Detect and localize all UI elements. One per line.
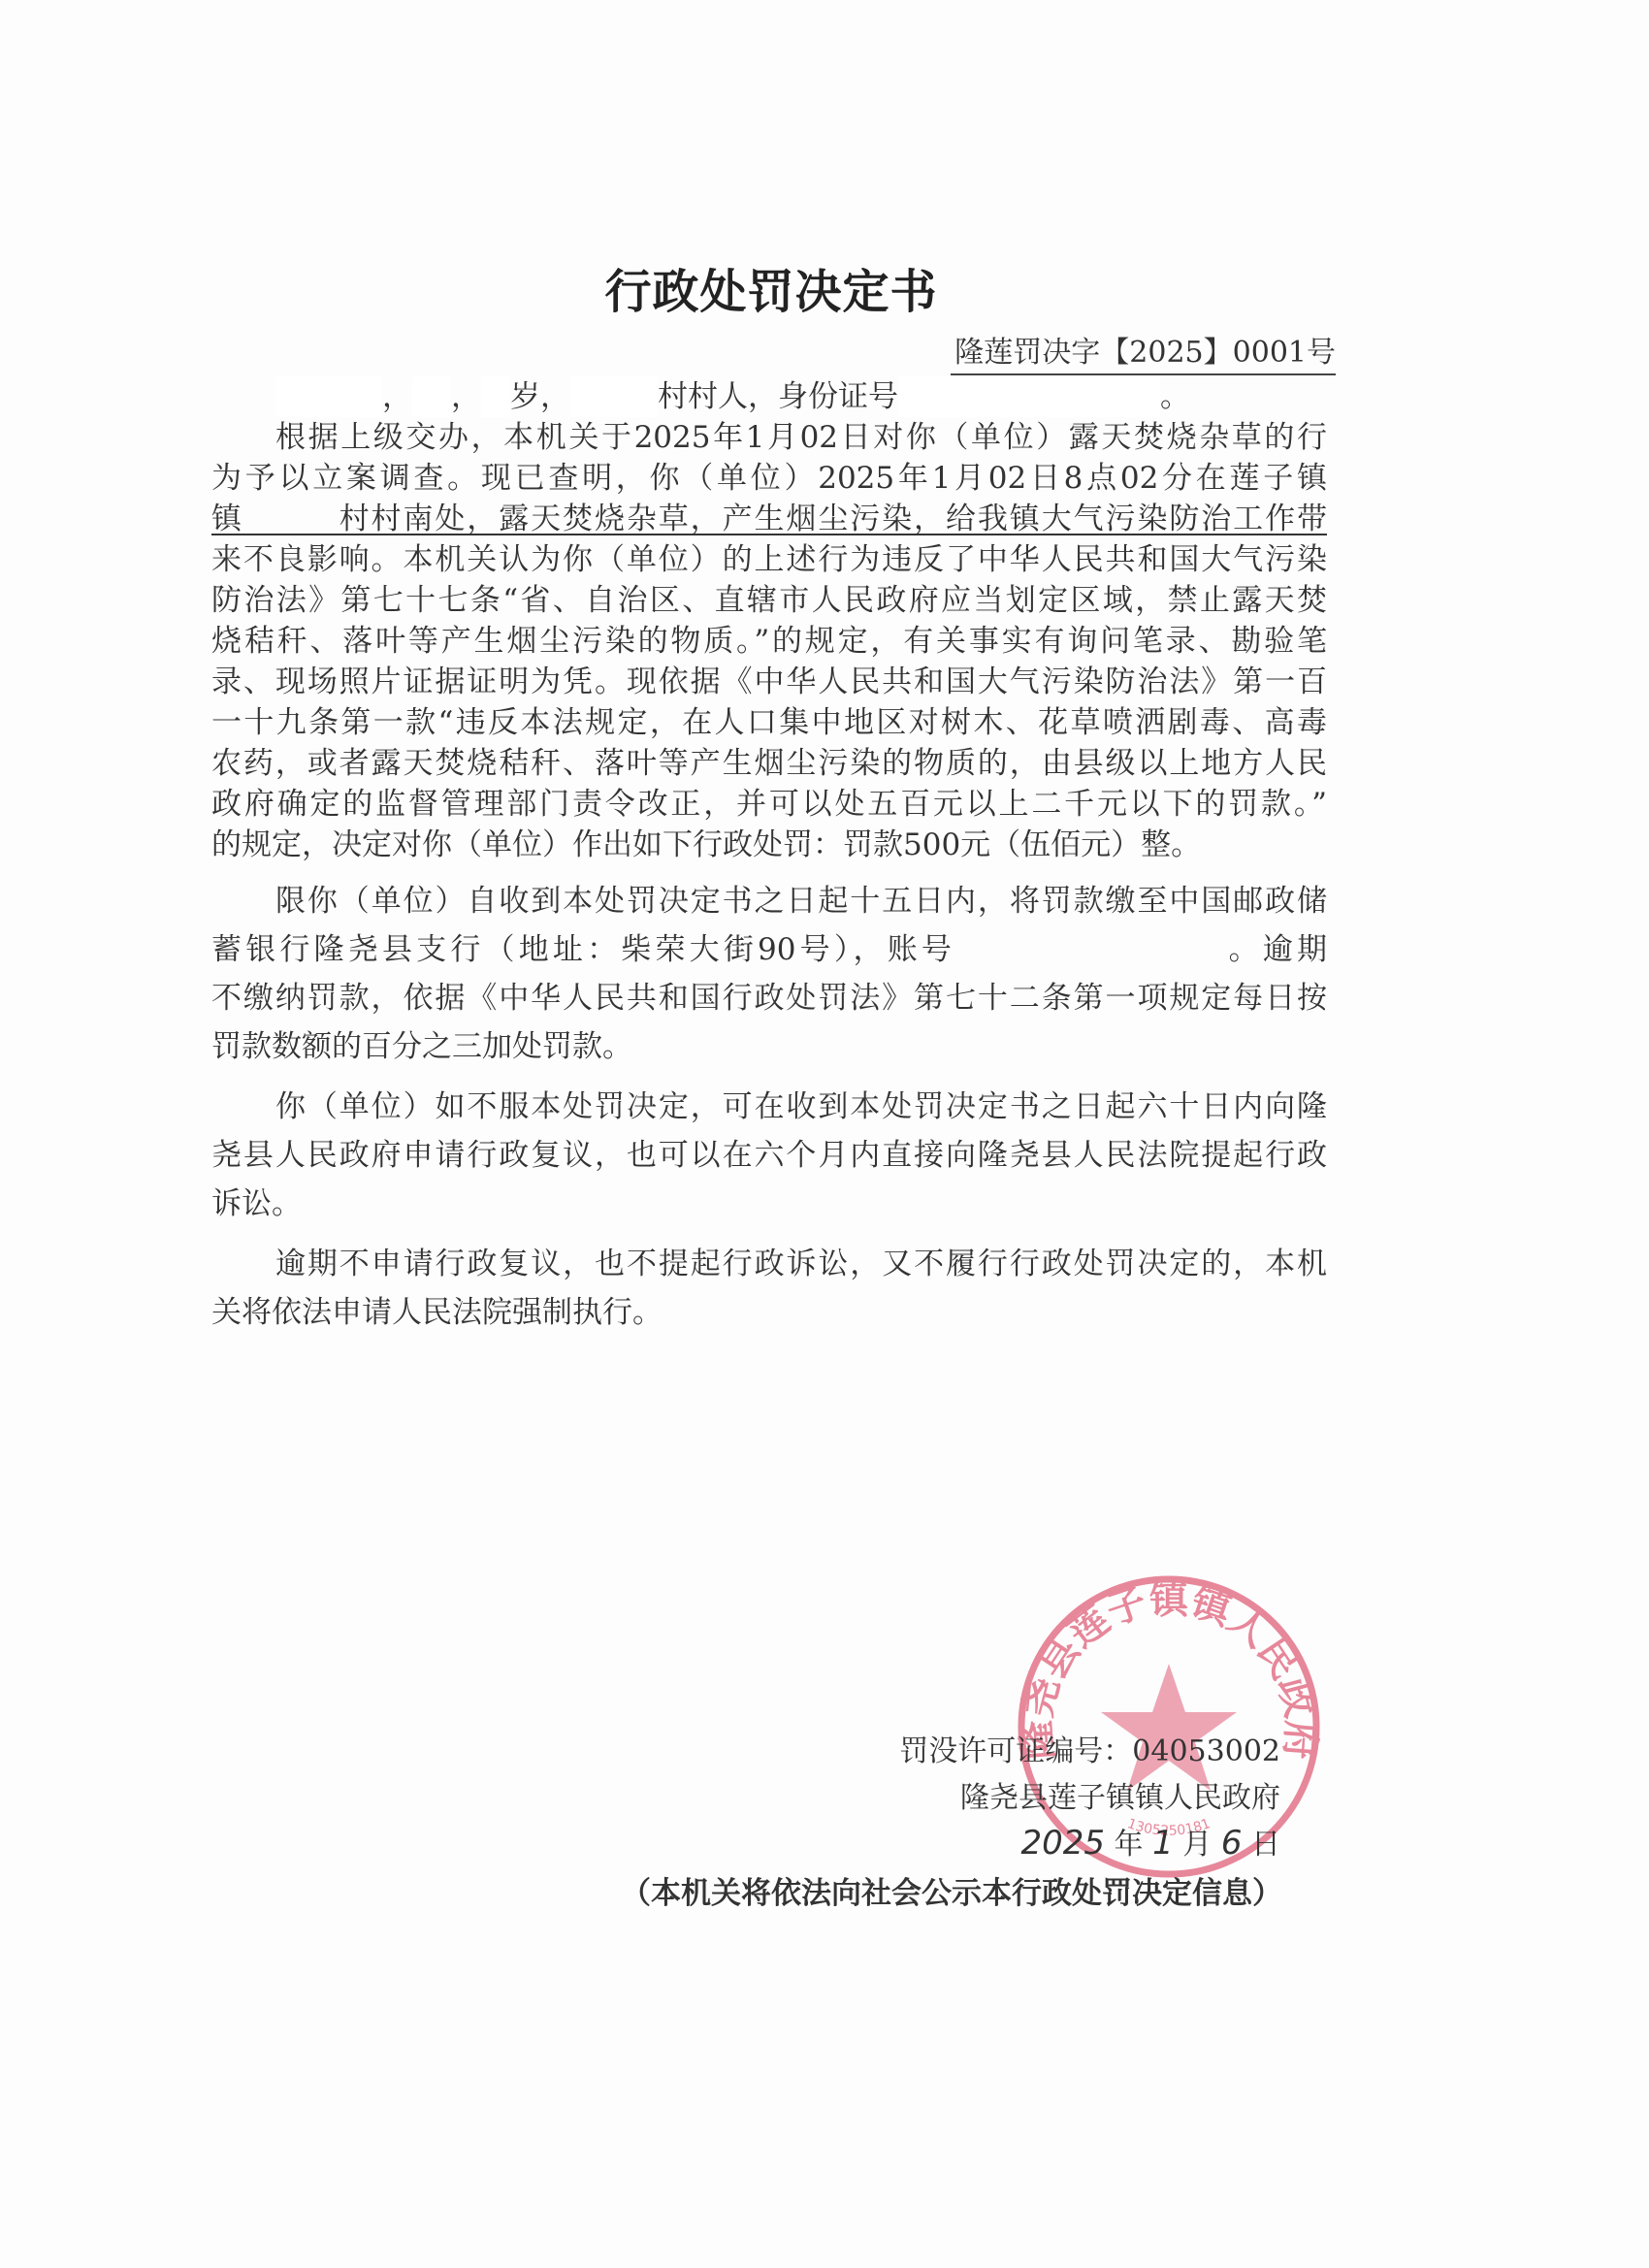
body-line: 一十九条第一款“违反本法规定，在人口集中地区对树木、花草喷洒剧毒、高毒 bbox=[211, 702, 1327, 743]
paragraph-party: __，_，_岁，_村村人，身份证号_。 根据上级交办，本机关于2025年1月02… bbox=[211, 376, 1327, 865]
body-line: 录、现场照片证据证明为凭。现依据《中华人民共和国大气污染防治法》第一百 bbox=[211, 662, 1327, 702]
party-info-line: __，_，_岁，_村村人，身份证号_。 bbox=[211, 376, 1327, 417]
penalty-line: 的规定，决定对你（单位）作出如下行政处罚：罚款500元（伍佰元）整。 bbox=[211, 825, 1327, 865]
paragraph-enforcement: 逾期不申请行政复议，也不提起行政诉讼，又不履行行政处罚决定的，本机 关将依法申请… bbox=[211, 1240, 1327, 1337]
redacted-gender: _ bbox=[412, 376, 451, 417]
redacted-id-number: _ bbox=[898, 376, 1160, 417]
body-line: 镇 村村南处，露天焚烧杂草，产生烟尘污染，给我镇大气污染防治工作带 bbox=[211, 499, 1327, 539]
body-line: 政府确定的监督管理部门责令改正，并可以处五百元以上二千元以下的罚款。” bbox=[211, 784, 1327, 825]
paragraph-appeal: 你（单位）如不服本处罚决定，可在收到本处罚决定书之日起六十日内向隆 尧县人民政府… bbox=[211, 1083, 1327, 1228]
body-line: 根据上级交办，本机关于2025年1月02日对你（单位）露天焚烧杂草的行 bbox=[211, 417, 1327, 458]
body-line: 诉讼。 bbox=[211, 1180, 1327, 1228]
body-line: 来不良影响。本机关认为你（单位）的上述行为违反了中华人民共和国大气污染 bbox=[211, 539, 1327, 580]
body-line: 不缴纳罚款，依据《中华人民共和国行政处罚法》第七十二条第一项规定每日按 bbox=[211, 974, 1327, 1022]
license-number: 04053002 bbox=[1132, 1734, 1280, 1768]
body-line: 罚款数额的百分之三加处罚款。 bbox=[211, 1022, 1327, 1071]
license-number-line: 罚没许可证编号：04053002 bbox=[899, 1727, 1280, 1769]
body-line: 你（单位）如不服本处罚决定，可在收到本处罚决定书之日起六十日内向隆 bbox=[211, 1083, 1327, 1131]
document-number: 隆莲罚决字【2025】0001号 bbox=[951, 328, 1336, 375]
body-line: 农药，或者露天焚烧秸秆、落叶等产生烟尘污染的物质的，由县级以上地方人民 bbox=[211, 743, 1327, 784]
redacted-village: _ bbox=[570, 376, 658, 417]
body-line: 限你（单位）自收到本处罚决定书之日起十五日内，将罚款缴至中国邮政储 bbox=[211, 877, 1327, 925]
body-line: 烧秸秆、落叶等产生烟尘污染的物质。”的规定，有关事实有询问笔录、勘验笔 bbox=[211, 621, 1327, 662]
redacted-name: __ bbox=[275, 376, 382, 417]
document-body: __，_，_岁，_村村人，身份证号_。 根据上级交办，本机关于2025年1月02… bbox=[211, 376, 1327, 1337]
document-title: 行政处罚决定书 bbox=[0, 254, 1542, 321]
body-line: 关将依法申请人民法院强制执行。 bbox=[211, 1288, 1327, 1337]
document-page: 行政处罚决定书 隆莲罚决字【2025】0001号 __，_，_岁，_村村人，身份… bbox=[0, 0, 1649, 2268]
body-line: 蓄银行隆尧县支行（地址：柴荣大街90号），账号 。逾期 bbox=[211, 925, 1327, 974]
body-line: 为予以立案调查。现已查明，你（单位）2025年1月02日8点02分在莲子镇 bbox=[211, 458, 1327, 499]
issuing-organization: 隆尧县莲子镇镇人民政府 bbox=[960, 1773, 1280, 1816]
body-line: 尧县人民政府申请行政复议，也可以在六个月内直接向隆尧县人民法院提起行政 bbox=[211, 1131, 1327, 1180]
issue-date: 2025 年 1 月 6 日 bbox=[1020, 1820, 1280, 1863]
public-notice: （本机关将依法向社会公示本行政处罚决定信息） bbox=[621, 1868, 1282, 1912]
body-line: 逾期不申请行政复议，也不提起行政诉讼，又不履行行政处罚决定的，本机 bbox=[211, 1240, 1327, 1288]
redacted-age: _ bbox=[481, 376, 510, 417]
paragraph-payment: 限你（单位）自收到本处罚决定书之日起十五日内，将罚款缴至中国邮政储 蓄银行隆尧县… bbox=[211, 877, 1327, 1071]
body-line: 防治法》第七十七条“省、自治区、直辖市人民政府应当划定区域，禁止露天焚 bbox=[211, 580, 1327, 621]
